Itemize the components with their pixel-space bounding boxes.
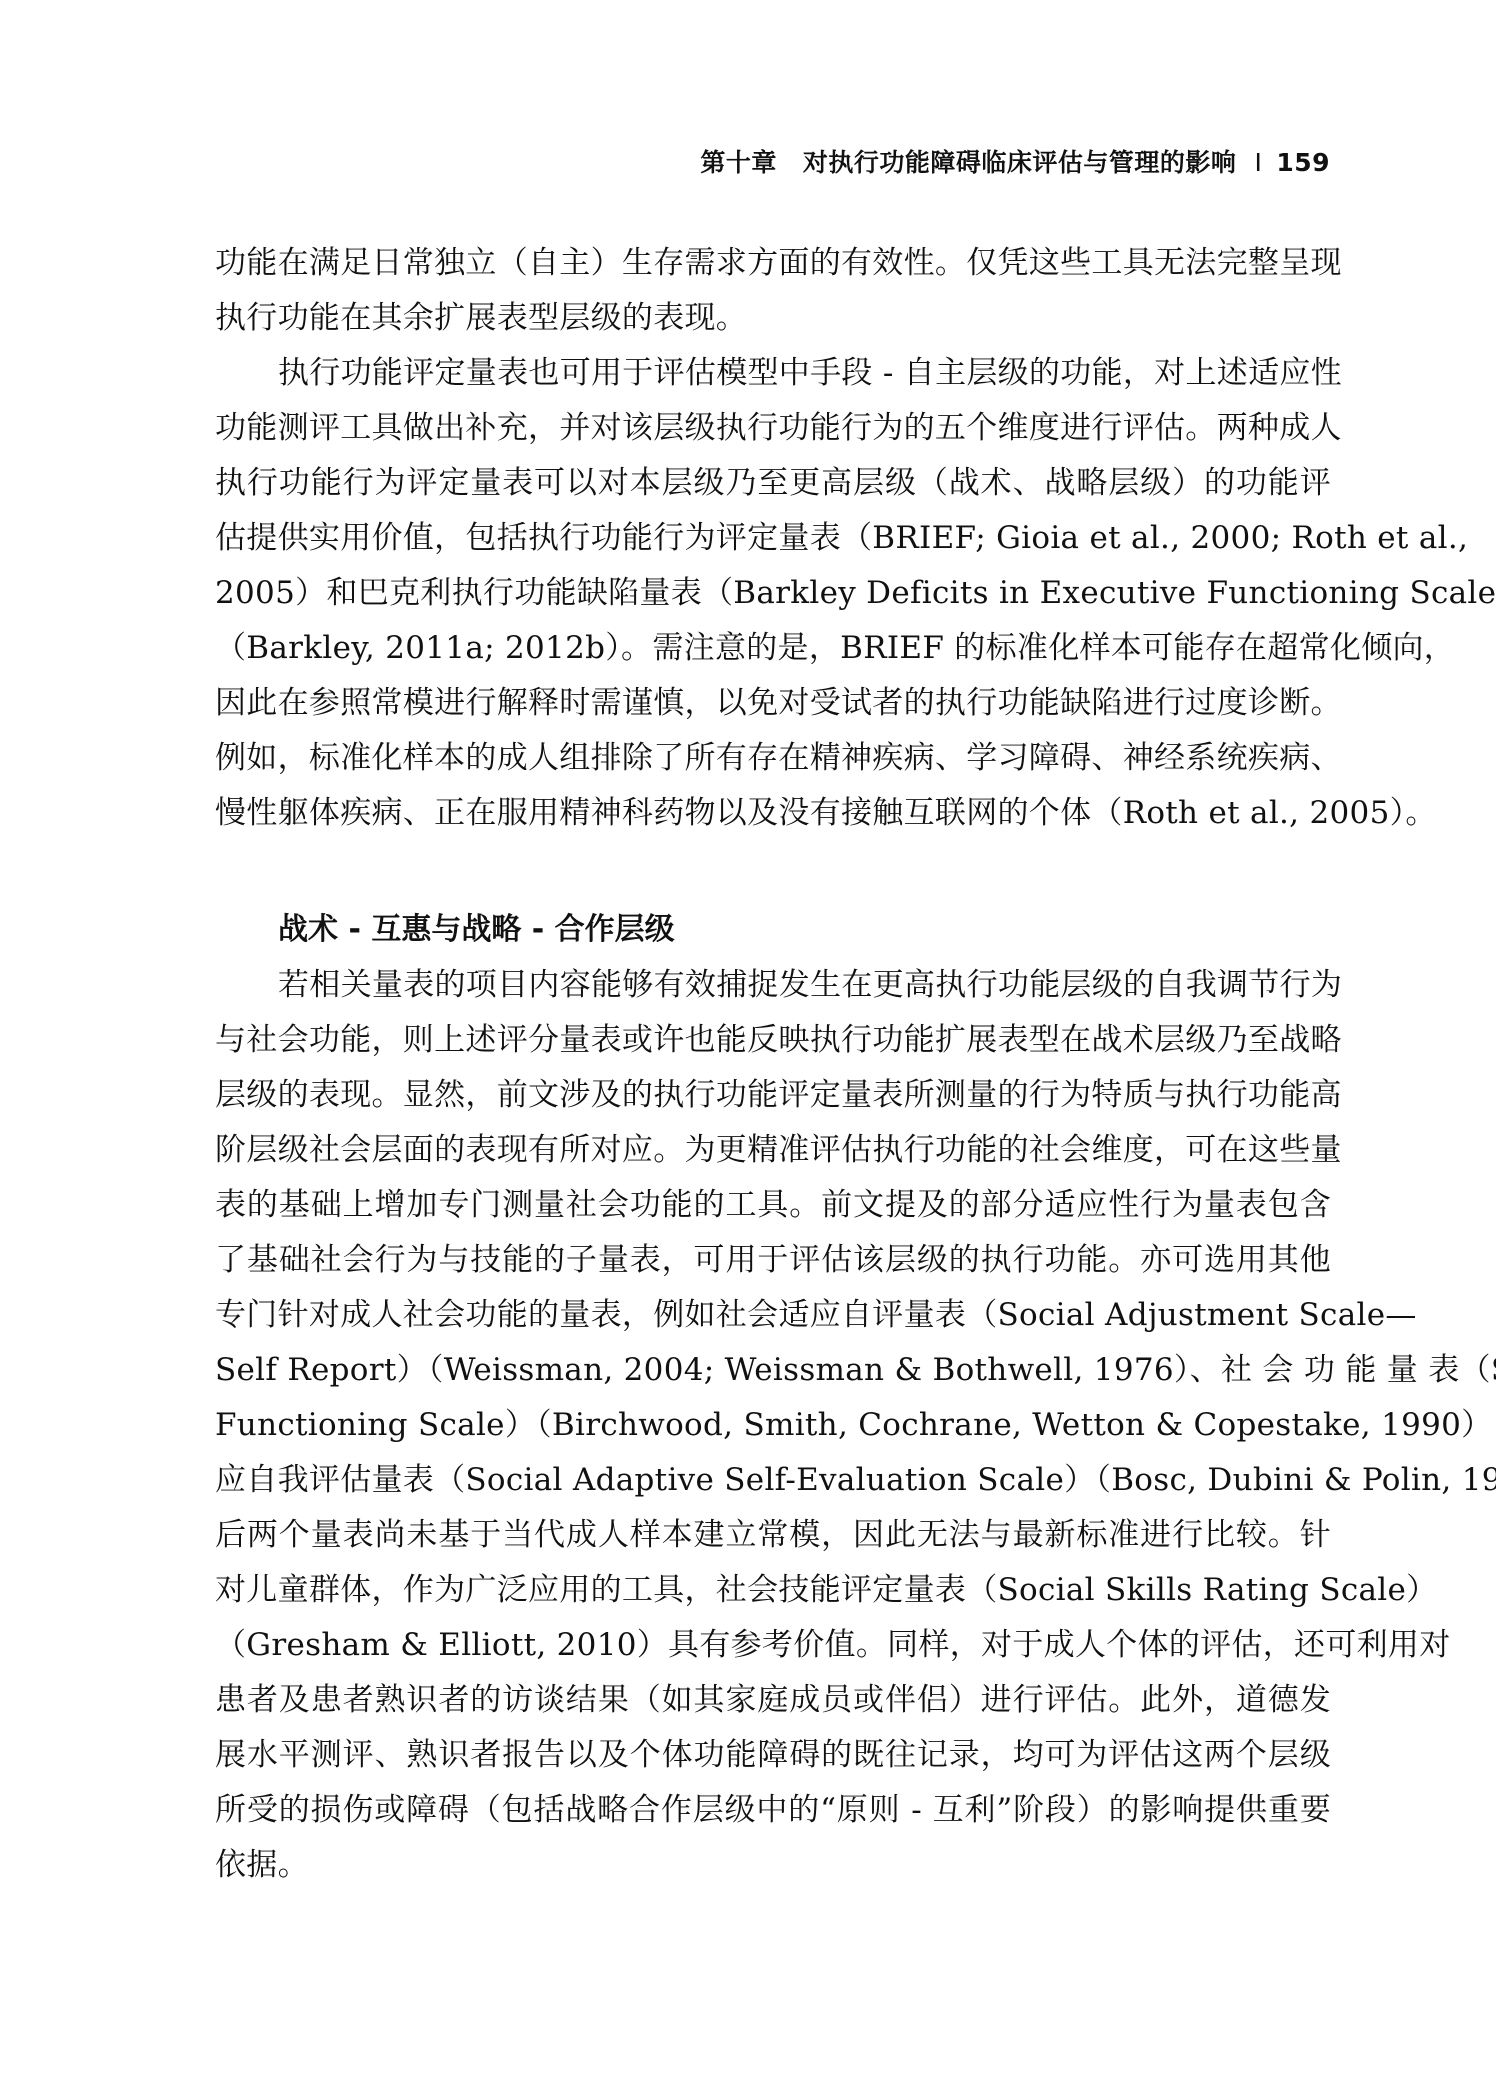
body-line: 执行功能评定量表也可用于评估模型中手段 - 自主层级的功能，对上述适应性 (278, 353, 1331, 393)
body-line: 所受的损伤或障碍（包括战略合作层级中的“原则 - 互利”阶段）的影响提供重要 (215, 1790, 1331, 1830)
body-line: 慢性躯体疾病、正在服用精神科药物以及没有接触互联网的个体（Roth et al.… (215, 793, 1331, 833)
body-line: （Barkley, 2011a; 2012b）。需注意的是，BRIEF 的标准化… (215, 628, 1331, 668)
body-line: 应自我评估量表（Social Adaptive Self-Evaluation … (215, 1460, 1331, 1500)
running-header: 第十章对执行功能障碍临床评估与管理的影响I159 (0, 143, 1330, 179)
body-line: 对儿童群体，作为广泛应用的工具，社会技能评定量表（Social Skills R… (215, 1570, 1331, 1610)
header-separator: I (1254, 148, 1262, 177)
body-line: 执行功能行为评定量表可以对本层级乃至更高层级（战术、战略层级）的功能评 (215, 463, 1331, 503)
body-line: 层级的表现。显然，前文涉及的执行功能评定量表所测量的行为特质与执行功能高 (215, 1075, 1331, 1115)
body-line: 展水平测评、熟识者报告以及个体功能障碍的既往记录，均可为评估这两个层级 (215, 1735, 1331, 1775)
body-line: 后两个量表尚未基于当代成人样本建立常模，因此无法与最新标准进行比较。针 (215, 1515, 1331, 1555)
body-line: 患者及患者熟识者的访谈结果（如其家庭成员或伴侣）进行评估。此外，道德发 (215, 1680, 1331, 1720)
body-line: 表的基础上增加专门测量社会功能的工具。前文提及的部分适应性行为量表包含 (215, 1185, 1331, 1225)
body-line: 阶层级社会层面的表现有所对应。为更精准评估执行功能的社会维度，可在这些量 (215, 1130, 1331, 1170)
body-line: 因此在参照常模进行解释时需谨慎，以免对受试者的执行功能缺陷进行过度诊断。 (215, 683, 1331, 723)
chapter-title: 对执行功能障碍临床评估与管理的影响 (803, 148, 1237, 177)
body-line: Self Report）（Weissman, 2004; Weissman & … (215, 1350, 1331, 1390)
body-line: Functioning Scale）（Birchwood, Smith, Coc… (215, 1405, 1331, 1445)
body-line: 例如，标准化样本的成人组排除了所有存在精神疾病、学习障碍、神经系统疾病、 (215, 738, 1331, 778)
body-line: 功能测评工具做出补充，并对该层级执行功能行为的五个维度进行评估。两种成人 (215, 408, 1331, 448)
body-line: 专门针对成人社会功能的量表，例如社会适应自评量表（Social Adjustme… (215, 1295, 1331, 1335)
body-line: 若相关量表的项目内容能够有效捕捉发生在更高执行功能层级的自我调节行为 (278, 965, 1331, 1005)
chapter-number: 第十章 (700, 148, 777, 177)
section-heading: 战术 - 互惠与战略 - 合作层级 (278, 910, 675, 950)
page-number: 159 (1276, 148, 1330, 177)
body-line: 估提供实用价值，包括执行功能行为评定量表（BRIEF; Gioia et al.… (215, 518, 1331, 558)
body-line: 2005）和巴克利执行功能缺陷量表（Barkley Deficits in Ex… (215, 573, 1331, 613)
body-line: 依据。 (215, 1845, 1331, 1885)
body-line: 与社会功能，则上述评分量表或许也能反映执行功能扩展表型在战术层级乃至战略 (215, 1020, 1331, 1060)
body-line: 执行功能在其余扩展表型层级的表现。 (215, 298, 1331, 338)
body-line: （Gresham & Elliott, 2010）具有参考价值。同样，对于成人个… (215, 1625, 1331, 1665)
body-line: 功能在满足日常独立（自主）生存需求方面的有效性。仅凭这些工具无法完整呈现 (215, 243, 1331, 283)
body-line: 了基础社会行为与技能的子量表，可用于评估该层级的执行功能。亦可选用其他 (215, 1240, 1331, 1280)
